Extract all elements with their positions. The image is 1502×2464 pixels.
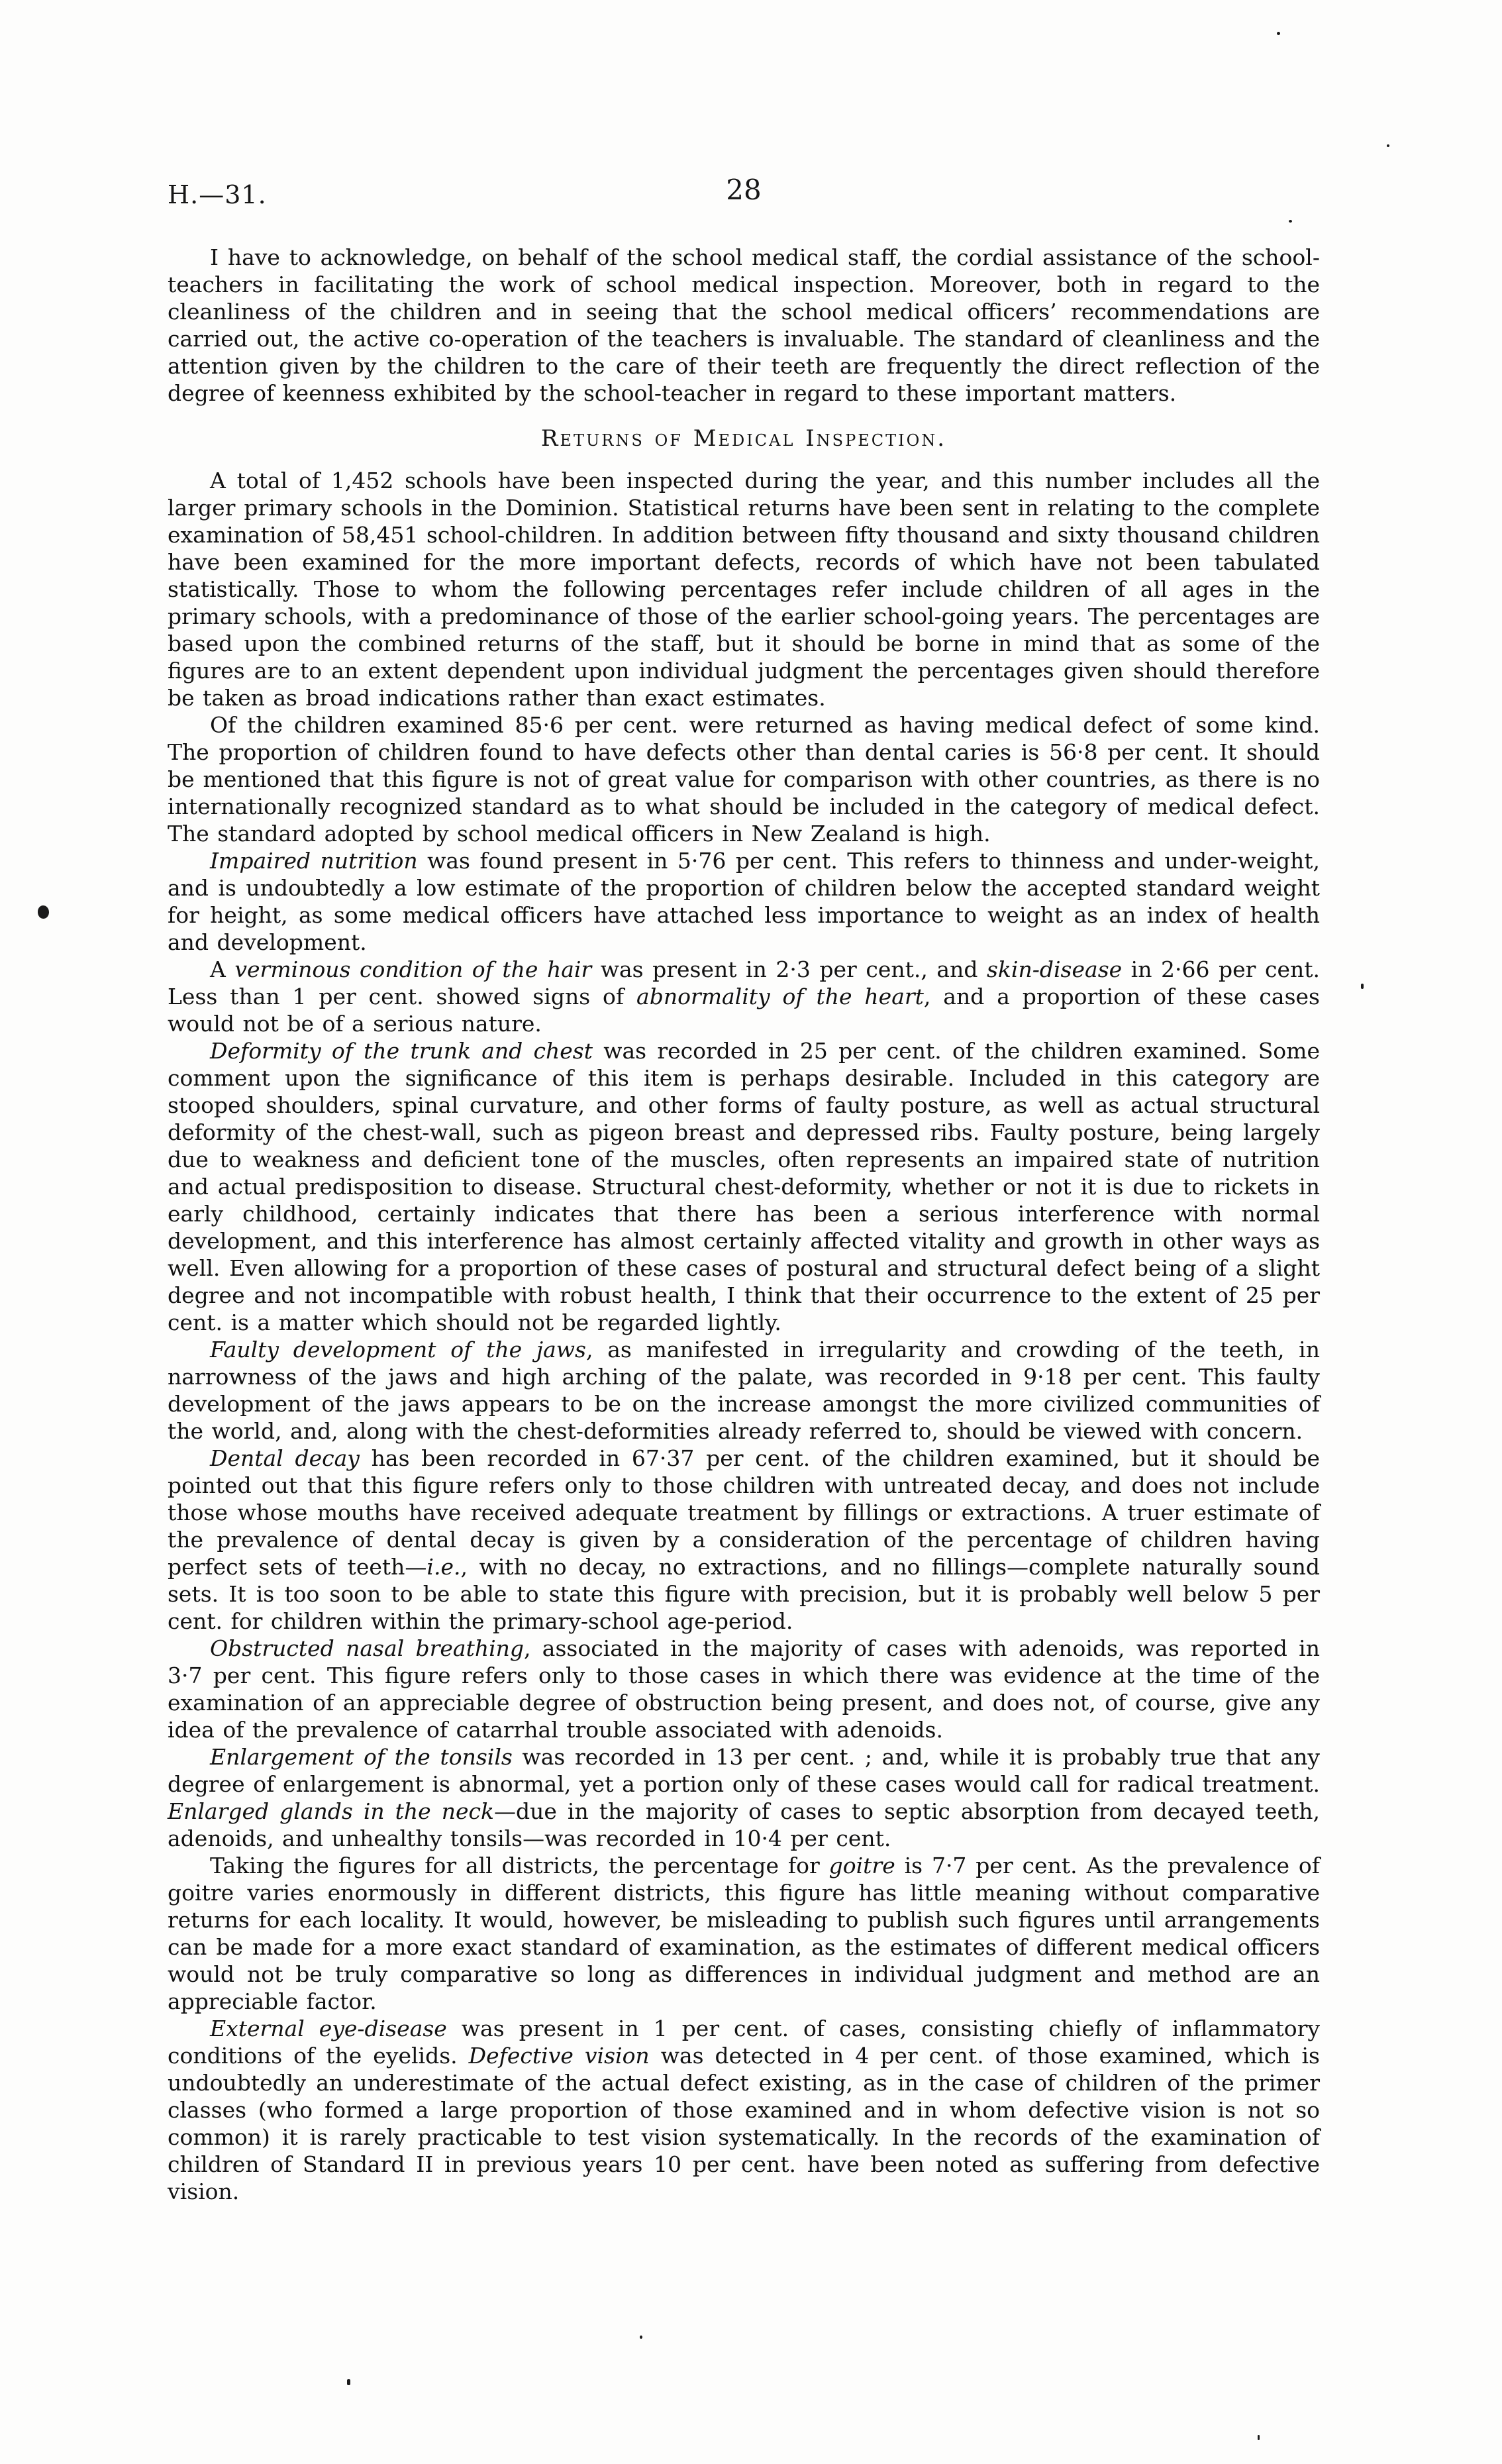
- paragraph: Enlargement of the tonsils was recorded …: [168, 1743, 1320, 1852]
- scan-speck: [1277, 32, 1280, 35]
- text-run: was present in 2·3 per cent., and: [591, 956, 987, 982]
- page-header: H.—31. 28: [168, 174, 1320, 213]
- paragraph: Impaired nutrition was found present in …: [168, 847, 1320, 956]
- section-heading: Returns of Medical Inspection.: [168, 425, 1320, 452]
- paragraph: Dental decay has been recorded in 67·37 …: [168, 1445, 1320, 1635]
- paragraph: Deformity of the trunk and chest was rec…: [168, 1037, 1320, 1336]
- text-run-italic: Defective vision: [469, 2043, 650, 2069]
- text-run-italic: goitre: [829, 1853, 895, 1878]
- text-run: A: [210, 956, 234, 982]
- scan-speck: [640, 2336, 642, 2339]
- paragraph: A total of 1,452 schools have been inspe…: [168, 467, 1320, 711]
- text-run-italic: skin-disease: [987, 956, 1122, 982]
- text-run: Of the children examined 85·6 per cent. …: [168, 712, 1320, 847]
- scan-speck: [1258, 2435, 1260, 2440]
- text-run-italic: Enlargement of the tonsils: [210, 1744, 513, 1770]
- text-run: was recorded in 25 per cent. of the chil…: [168, 1038, 1320, 1335]
- page-number: 28: [168, 174, 1320, 206]
- text-run: A total of 1,452 schools have been inspe…: [168, 468, 1320, 711]
- text-run-italic: Dental decay: [210, 1445, 360, 1471]
- text-run-italic: i.e.: [426, 1554, 460, 1580]
- scan-speck: [1289, 220, 1292, 223]
- paragraph: Obstructed nasal breathing, associated i…: [168, 1635, 1320, 1743]
- paragraph: Taking the figures for all districts, th…: [168, 1852, 1320, 2015]
- text-run: I have to acknowledge, on behalf of the …: [168, 244, 1320, 406]
- document-page: H.—31. 28 I have to acknowledge, on beha…: [0, 0, 1502, 2464]
- document-flow: I have to acknowledge, on behalf of the …: [168, 244, 1320, 2205]
- text-run-italic: verminous condition of the hair: [234, 956, 591, 982]
- text-run-italic: External eye-disease: [210, 2016, 447, 2041]
- text-run-italic: Impaired nutrition: [210, 848, 418, 874]
- text-run-italic: Obstructed nasal breathing: [210, 1635, 524, 1661]
- paragraph: A verminous condition of the hair was pr…: [168, 956, 1320, 1037]
- paragraph: External eye-disease was present in 1 pe…: [168, 2015, 1320, 2205]
- scan-speck: [347, 2379, 350, 2385]
- text-run-italic: Faulty development of the jaws: [210, 1337, 586, 1362]
- paragraph: Faulty development of the jaws, as manif…: [168, 1336, 1320, 1445]
- ink-blot-mark: [38, 905, 49, 919]
- scan-speck: [1387, 144, 1389, 147]
- text-run-italic: abnormality of the heart: [636, 984, 924, 1009]
- text-run-italic: Deformity of the trunk and chest: [210, 1038, 593, 1064]
- paragraph: I have to acknowledge, on behalf of the …: [168, 244, 1320, 407]
- text-run-italic: Enlarged glands in the neck: [168, 1798, 494, 1824]
- paragraph: Of the children examined 85·6 per cent. …: [168, 711, 1320, 847]
- scan-speck: [1361, 984, 1364, 989]
- text-run: Taking the figures for all districts, th…: [210, 1853, 829, 1878]
